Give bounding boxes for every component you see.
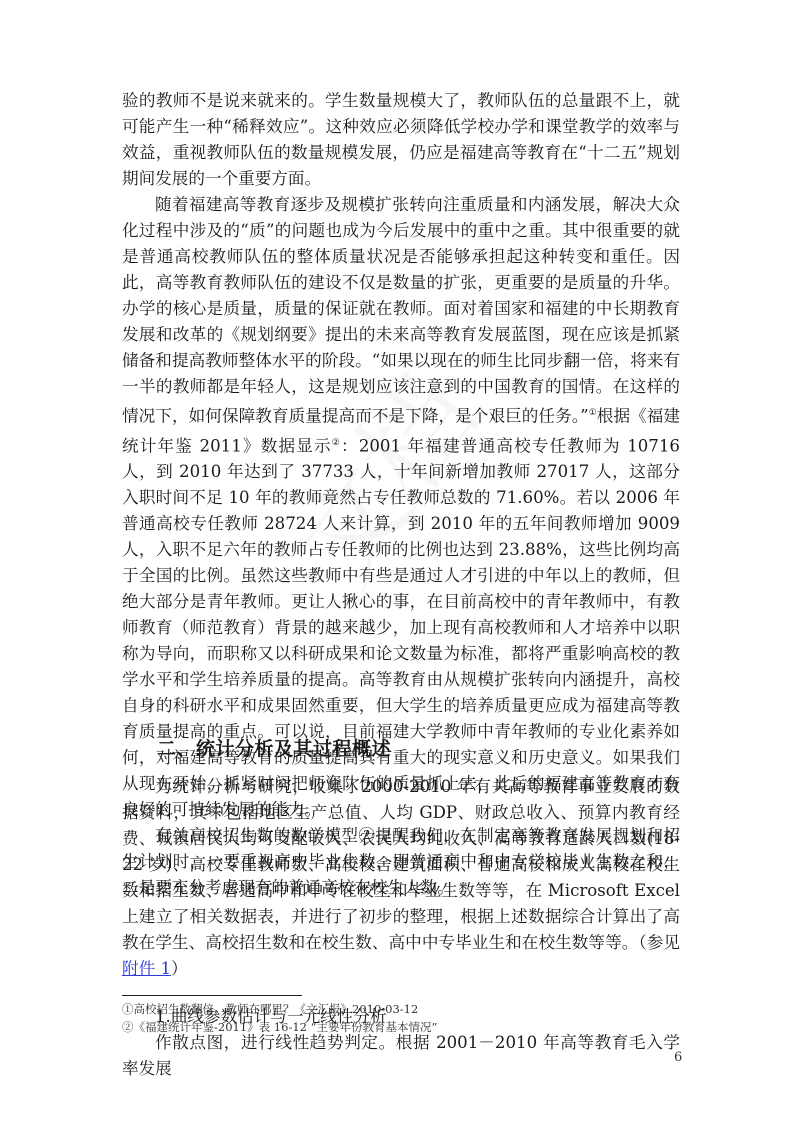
paragraph-text: 随着福建高等教育逐步及规模扩张转向注重质量和内涵发展，解决大众化过程中涉及的“质… [122,195,680,426]
footnote-1: ①高校招生数翻倍，教师在哪里？《文汇报》2010-03-12 [122,1000,437,1018]
section-heading: 二、统计分析及其过程概述 [157,734,391,761]
footnote-ref-2[interactable]: ② [332,438,341,448]
page-number: 6 [674,1050,682,1065]
paragraph-text: ：2001 年福建普通高校专任教师为 10716 人，到 2010 年达到了 3… [122,436,680,819]
paragraph-scatter: 作散点图，进行线性趋势判定。根据 2001－2010 年高等教育毛入学率发展 [122,1030,680,1082]
footnotes: ①高校招生数翻倍，教师在哪里？《文汇报》2010-03-12 ②《福建统计年鉴-… [122,1000,437,1036]
paragraph-data-collection: 为统计分析与研究，收集了2000-2010 年有关高等教育事业发展的数据资料，其… [122,774,680,982]
footnote-divider [122,995,302,996]
appendix-link[interactable]: 附件 1 [122,959,171,978]
paragraph-text: ） [171,959,188,978]
paragraph-teacher-quality: 随着福建高等教育逐步及规模扩张转向注重质量和内涵发展，解决大众化过程中涉及的“质… [122,192,680,823]
footnote-ref-1[interactable]: ① [589,408,597,418]
paragraph-text: 为统计分析与研究，收集了2000-2010 年有关高等教育事业发展的数据资料，其… [122,777,680,952]
paragraph-continuation: 验的教师不是说来就来的。学生数量规模大了，教师队伍的总量跟不上，就可能产生一种“… [122,88,680,192]
document-page: 文档 验的教师不是说来就来的。学生数量规模大了，教师队伍的总量跟不上，就可能产生… [0,0,800,1131]
footnote-2: ②《福建统计年鉴-2011》表 16-12 “主要年份教育基本情况” [122,1018,437,1036]
